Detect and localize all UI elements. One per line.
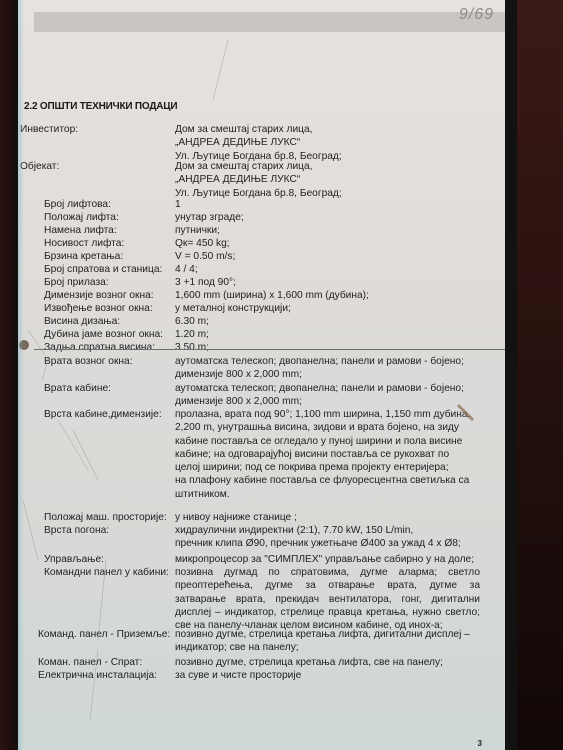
row-label: Врата возног окна: — [44, 355, 133, 368]
row-label: Коман. панел - Спрат: — [38, 656, 142, 669]
row-value: унутар зграде; — [175, 211, 480, 224]
section-title: 2.2 ОПШТИ ТЕХНИЧКИ ПОДАЦИ — [24, 101, 177, 112]
row-label: Врата кабине: — [44, 382, 111, 395]
value-line: „АНДРЕА ДЕДИЊЕ ЛУКС“ — [175, 173, 480, 186]
page-counter: 9/69 — [459, 6, 494, 24]
value-line: пречник клипа Ø90, пречник ужетњаче Ø400… — [175, 537, 480, 550]
viewer-toolbar-band: 9/69 — [34, 12, 508, 32]
background-desk — [512, 0, 563, 750]
value-line: преоптерећења, дугме за отварање врата, … — [175, 579, 480, 592]
row-value: позивно дугме, стрелица кретања лифта, с… — [175, 656, 480, 669]
row-value: 3 +1 под 90°; — [175, 276, 480, 289]
row-label: Инвеститор: — [20, 123, 78, 136]
row-label: Командни панел у кабини: — [44, 566, 169, 579]
row-value: 1.20 m; — [175, 328, 480, 341]
value-line: 3 +1 под 90°; — [175, 276, 480, 289]
value-line: V = 0.50 m/s; — [175, 250, 480, 263]
value-line: аутоматска телескоп; двопанелна; панели … — [175, 355, 480, 368]
row-value: аутоматска телескоп; двопанелна; панели … — [175, 382, 480, 409]
row-value: у металној конструкцији; — [175, 302, 480, 315]
row-label: Димензије возног окна: — [44, 289, 154, 302]
value-line: аутоматска телескоп; двопанелна; панели … — [175, 382, 480, 395]
value-line: путнички; — [175, 224, 480, 237]
value-line: Qк= 450 kg; — [175, 237, 480, 250]
row-label: Извођење возног окна: — [44, 302, 153, 315]
value-line: микропроцесор за "СИМПЛЕХ" управљање саб… — [175, 553, 480, 566]
row-value: Дом за смештај старих лица,„АНДРЕА ДЕДИЊ… — [175, 160, 480, 200]
row-value: 4 / 4; — [175, 263, 480, 276]
page-number: 3 — [478, 739, 482, 748]
device-bezel-right — [505, 0, 517, 750]
row-value: 6.30 m; — [175, 315, 480, 328]
row-label: Положај лифта: — [44, 211, 119, 224]
row-label: Број лифтова: — [44, 198, 111, 211]
row-label: Задња спратна висина: — [44, 341, 155, 354]
value-line: Дом за смештај старих лица, — [175, 160, 480, 173]
row-value: за суве и чисте просторије — [175, 669, 480, 682]
value-line: кабине поставља се огледало у пуној шири… — [175, 435, 480, 448]
value-line: 1.20 m; — [175, 328, 480, 341]
row-value: путнички; — [175, 224, 480, 237]
value-line: штитником. — [175, 488, 480, 501]
row-value: микропроцесор за "СИМПЛЕХ" управљање саб… — [175, 553, 480, 566]
row-label: Број спратова и станица: — [44, 263, 162, 276]
row-label: Носивост лифта: — [44, 237, 124, 250]
screen-crack-line — [34, 349, 508, 350]
value-line: 6.30 m; — [175, 315, 480, 328]
row-value: Qк= 450 kg; — [175, 237, 480, 250]
row-value: 3.50 m; — [175, 341, 480, 354]
value-line: дисплеј – индикатор, стрелице правца кре… — [175, 606, 480, 619]
row-value: позивно дугме, стрелица кретања лифта, д… — [175, 628, 480, 655]
row-label: Намена лифта: — [44, 224, 117, 237]
value-line: за суве и чисте просторије — [175, 669, 480, 682]
value-line: 1,600 mm (ширина) x 1,600 mm (дубина); — [175, 289, 480, 302]
row-value: 1,600 mm (ширина) x 1,600 mm (дубина); — [175, 289, 480, 302]
row-value: 1 — [175, 198, 480, 211]
value-line: индикатор; све на панелу; — [175, 641, 480, 654]
value-line: 4 / 4; — [175, 263, 480, 276]
value-line: 2,200 m, унутрашња висина, зидови и врат… — [175, 421, 480, 434]
value-line: на плафону кабине поставља се флуоресцен… — [175, 474, 480, 487]
row-label: Објекат: — [20, 160, 59, 173]
value-line: позивно дугме, стрелица кретања лифта, д… — [175, 628, 480, 641]
value-line: 3.50 m; — [175, 341, 480, 354]
value-line: кабине; на одговарајућој висини поставља… — [175, 448, 480, 461]
value-line: целој ширини; под се покрива према проје… — [175, 461, 480, 474]
row-label: Положај маш. просторије: — [44, 511, 167, 524]
row-value: позивна дугмад по спратовима, дугме алар… — [175, 566, 480, 632]
row-value: V = 0.50 m/s; — [175, 250, 480, 263]
row-value: аутоматска телескоп; двопанелна; панели … — [175, 355, 480, 382]
row-value: хидраулични индиректни (2:1), 7.70 kW, 1… — [175, 524, 480, 551]
value-line: у нивоу најниже станице ; — [175, 511, 480, 524]
value-line: хидраулични индиректни (2:1), 7.70 kW, 1… — [175, 524, 480, 537]
value-line: „АНДРЕА ДЕДИЊЕ ЛУКС“ — [175, 136, 480, 149]
row-label: Висина дизања: — [44, 315, 120, 328]
row-label: Врста кабине,димензије: — [44, 408, 162, 421]
value-line: позивно дугме, стрелица кретања лифта, с… — [175, 656, 480, 669]
row-label: Брзина кретања: — [44, 250, 123, 263]
value-line: унутар зграде; — [175, 211, 480, 224]
value-line: у металној конструкцији; — [175, 302, 480, 315]
value-line: Дом за смештај старих лица, — [175, 123, 480, 136]
device-bezel-left — [0, 0, 20, 750]
value-line: позивна дугмад по спратовима, дугме алар… — [175, 566, 480, 579]
row-value: Дом за смештај старих лица,„АНДРЕА ДЕДИЊ… — [175, 123, 480, 163]
value-line: затварање врата, прекидач вентилатора, г… — [175, 593, 480, 606]
value-line: 1 — [175, 198, 480, 211]
value-line: пролазна, врата под 90°; 1,100 mm ширина… — [175, 408, 480, 421]
document-page: 9/69 2.2 ОПШТИ ТЕХНИЧКИ ПОДАЦИ Инвестито… — [18, 0, 508, 750]
row-value: пролазна, врата под 90°; 1,100 mm ширина… — [175, 408, 480, 501]
row-label: Електрична инсталација: — [38, 669, 157, 682]
row-label: Команд. панел - Приземље: — [38, 628, 170, 641]
row-label: Број прилаза: — [44, 276, 109, 289]
row-label: Дубина јаме возног окна: — [44, 328, 163, 341]
value-line: димензије 800 x 2,000 mm; — [175, 368, 480, 381]
row-label: Управљање: — [44, 553, 104, 566]
row-value: у нивоу најниже станице ; — [175, 511, 480, 524]
value-line: димензије 800 x 2,000 mm; — [175, 395, 480, 408]
row-label: Врста погона: — [44, 524, 109, 537]
